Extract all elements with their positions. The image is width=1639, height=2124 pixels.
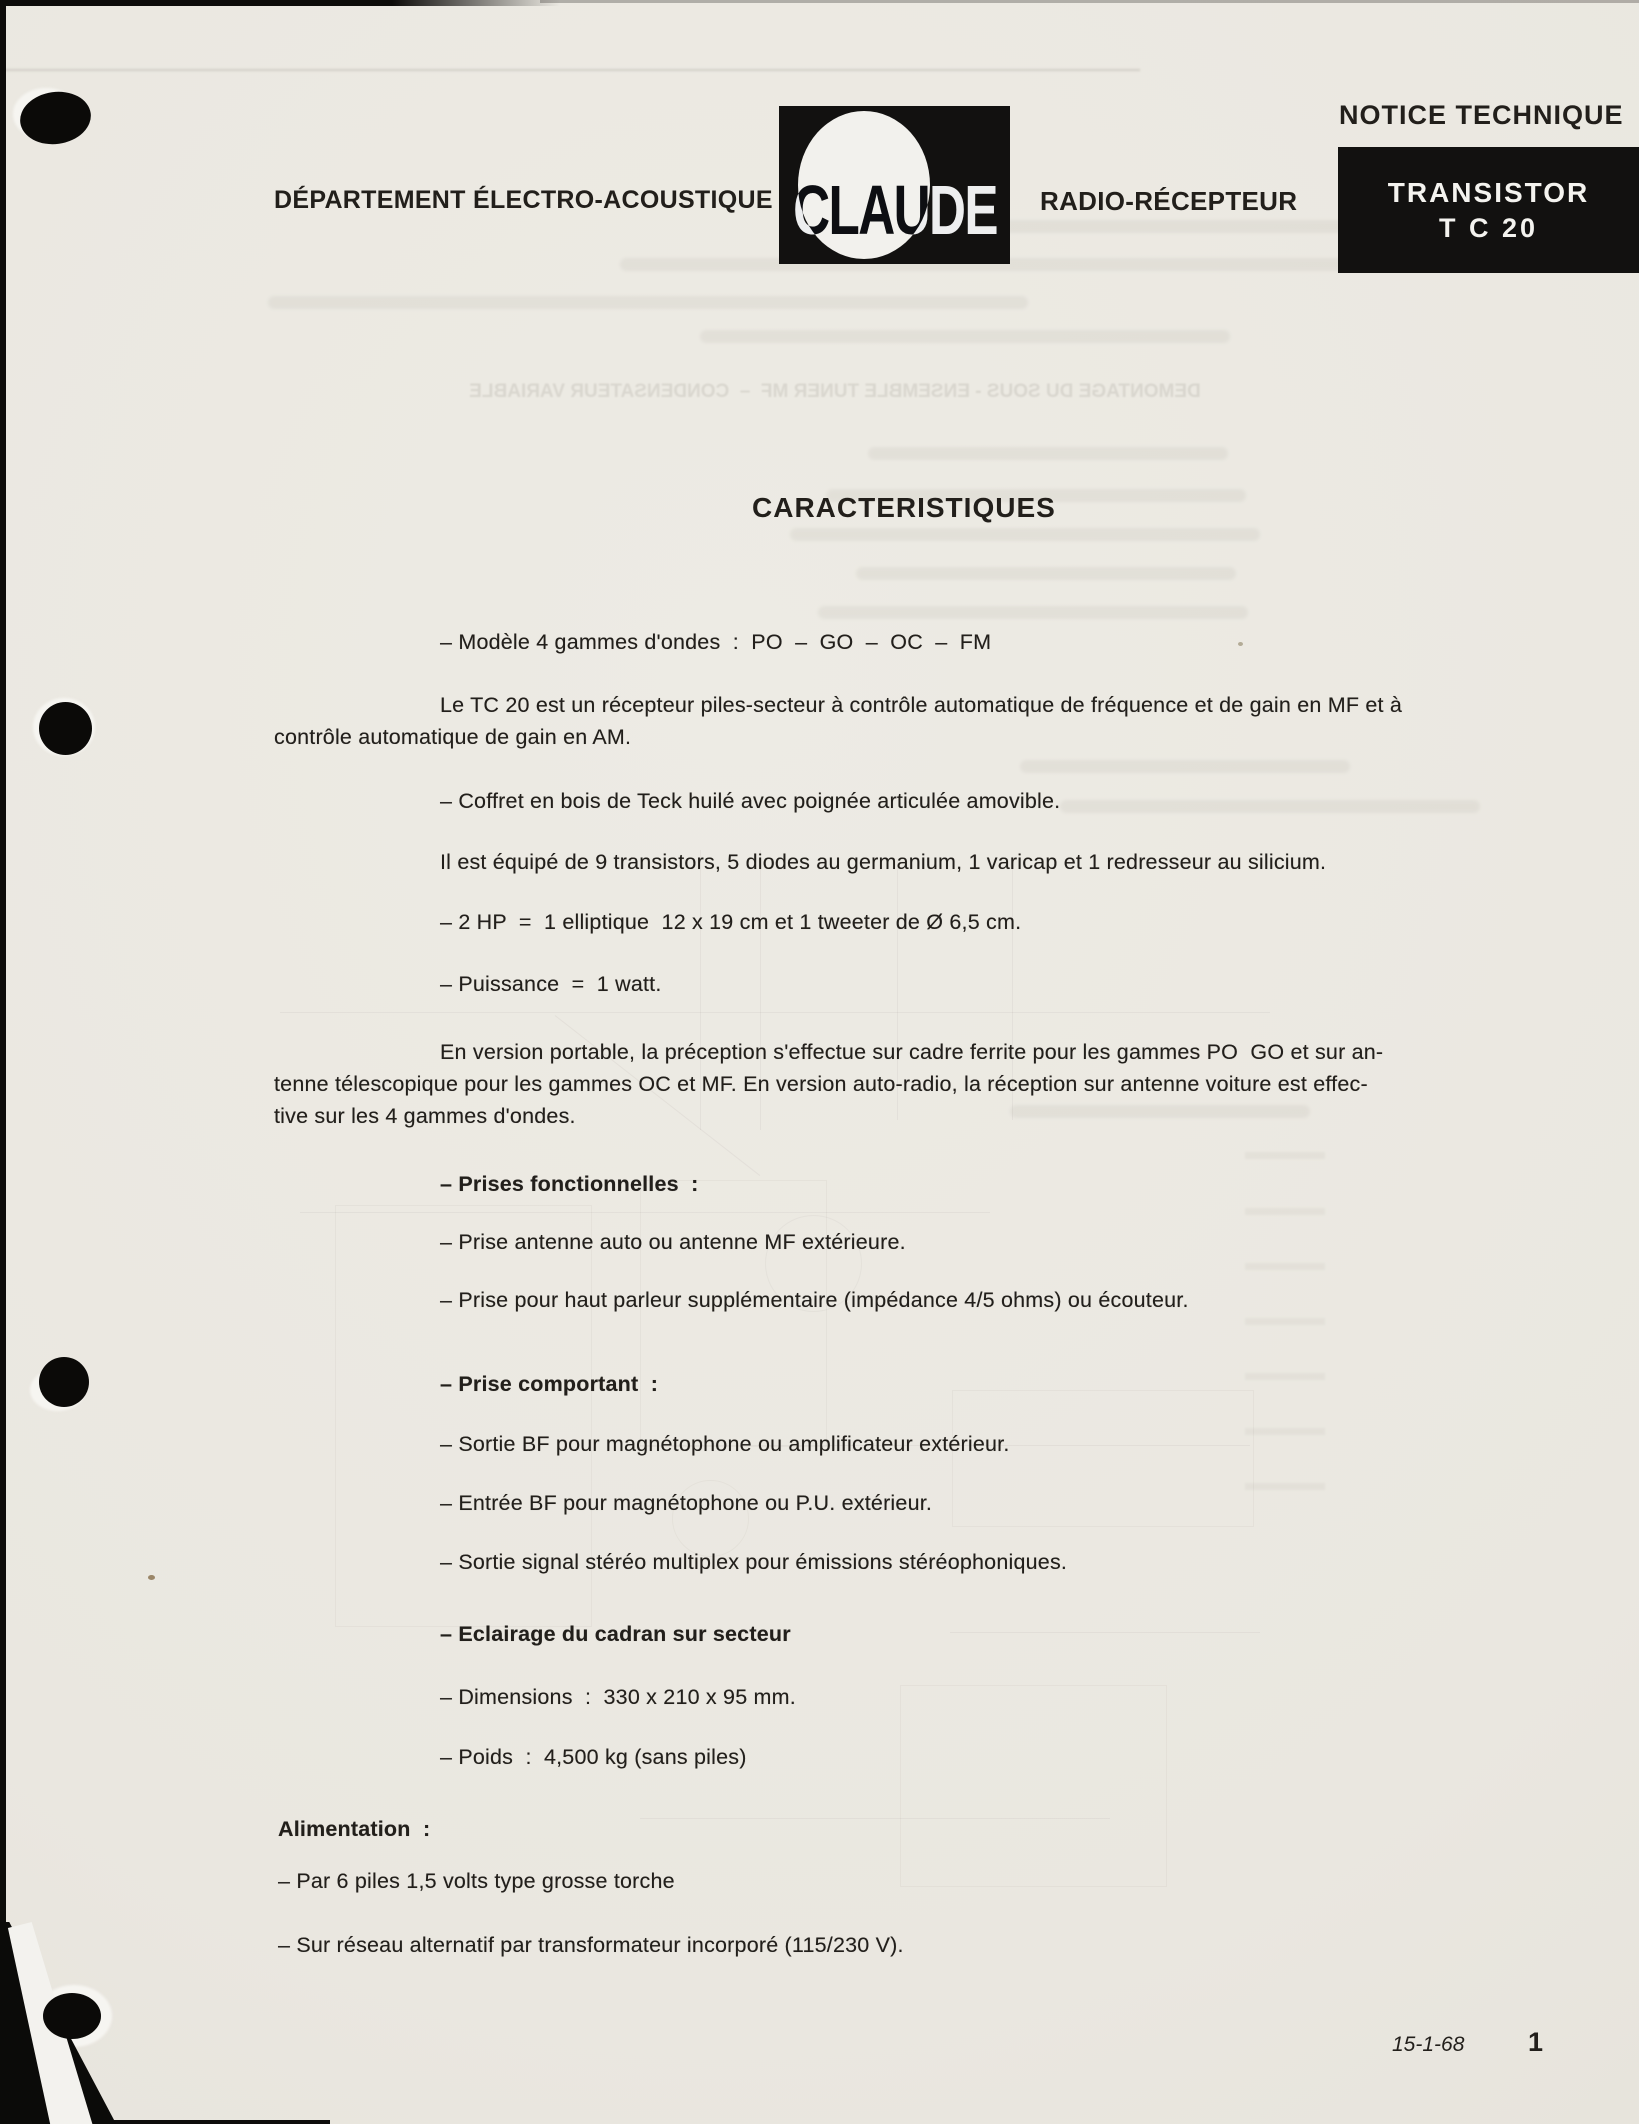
- bleed-through-label: [1245, 1263, 1325, 1270]
- scan-edge-top: [0, 0, 560, 6]
- punch-hole: [39, 1357, 89, 1407]
- bleed-through-schematic-line: [300, 1212, 990, 1213]
- heading-alimentation: Alimentation :: [278, 1817, 430, 1842]
- heading-prises-fonctionnelles: – Prises fonctionnelles :: [440, 1172, 699, 1197]
- spec-line-hp: – 2 HP = 1 elliptique 12 x 19 cm et 1 tw…: [440, 910, 1021, 935]
- paragraph-line: contrôle automatique de gain en AM.: [274, 725, 631, 750]
- model-box: TRANSISTOR T C 20: [1338, 147, 1639, 273]
- paper-crease: [0, 69, 1140, 71]
- model-name: TRANSISTOR: [1388, 177, 1590, 209]
- heading-eclairage: – Eclairage du cadran sur secteur: [440, 1622, 791, 1647]
- spec-line-puissance: – Puissance = 1 watt.: [440, 972, 662, 997]
- spec-line-sortie-bf: – Sortie BF pour magnétophone ou amplifi…: [440, 1432, 1010, 1457]
- bleed-through-label: [1245, 1373, 1325, 1380]
- punch-hole: [43, 1993, 101, 2039]
- bleed-through-line: [700, 330, 1230, 343]
- bleed-through-line: [790, 528, 1260, 541]
- bleed-through-line: [856, 567, 1236, 580]
- footer-date: 15-1-68: [1392, 2033, 1464, 2057]
- spec-line-secteur: – Sur réseau alternatif par transformate…: [278, 1933, 904, 1958]
- notice-technique-label: NOTICE TECHNIQUE: [1339, 100, 1629, 131]
- bleed-through-schematic-line: [640, 1818, 1110, 1819]
- spec-line-poids: – Poids : 4,500 kg (sans piles): [440, 1745, 747, 1770]
- heading-prise-comportant: – Prise comportant :: [440, 1372, 658, 1397]
- paper-speck: [148, 1575, 155, 1580]
- bleed-through-label: [1245, 1208, 1325, 1215]
- bleed-through-line: [1010, 1105, 1310, 1118]
- department-label: DÉPARTEMENT ÉLECTRO-ACOUSTIQUE: [274, 186, 773, 215]
- spec-line-prise-antenne: – Prise antenne auto ou antenne MF extér…: [440, 1230, 906, 1255]
- paragraph-line: Il est équipé de 9 transistors, 5 diodes…: [440, 850, 1326, 875]
- bleed-through-schematic-line: [280, 1012, 1270, 1013]
- bleed-through-line: [1020, 760, 1350, 773]
- paragraph-line: tenne télescopique pour les gammes OC et…: [274, 1072, 1368, 1097]
- bleed-through-line: [268, 296, 1028, 309]
- model-number: T C 20: [1439, 213, 1538, 244]
- scan-edge-left: [0, 0, 6, 2124]
- claude-logo-wordmark: CLAUDE: [793, 170, 997, 250]
- bleed-through-label: [1245, 1428, 1325, 1435]
- category-label: RADIO-RÉCEPTEUR: [1040, 186, 1297, 217]
- bleed-through-label: [1245, 1318, 1325, 1325]
- spec-line-prise-hp: – Prise pour haut parleur supplémentaire…: [440, 1288, 1189, 1313]
- bleed-through-schematic-box: [900, 1685, 1167, 1887]
- bleed-through-heading: DEMONTAGE DU SOUS - ENSEMBLE TUNER MF – …: [420, 381, 1250, 403]
- bleed-through-line: [818, 606, 1248, 619]
- bleed-through-label: [1245, 1152, 1325, 1159]
- footer-page-number: 1: [1528, 2027, 1543, 2058]
- spec-line-dimensions: – Dimensions : 330 x 210 x 95 mm.: [440, 1685, 796, 1710]
- spec-line-coffret: – Coffret en bois de Teck huilé avec poi…: [440, 789, 1060, 814]
- scanned-technical-notice-page: DEMONTAGE DU SOUS - ENSEMBLE TUNER MF – …: [0, 0, 1639, 2124]
- bleed-through-line: [868, 447, 1228, 460]
- punch-hole: [39, 702, 92, 755]
- paper-speck: [1238, 642, 1243, 646]
- bleed-through-label: [1245, 1483, 1325, 1490]
- paragraph-line: En version portable, la préception s'eff…: [440, 1040, 1383, 1065]
- spec-line-modele: – Modèle 4 gammes d'ondes : PO – GO – OC…: [440, 630, 991, 655]
- spec-line-piles: – Par 6 piles 1,5 volts type grosse torc…: [278, 1869, 675, 1894]
- scan-edge-top-faint: [540, 0, 1639, 3]
- claude-logo: CLAUDE: [779, 106, 1010, 264]
- page-title: CARACTERISTIQUES: [752, 492, 1056, 524]
- spec-line-entree-bf: – Entrée BF pour magnétophone ou P.U. ex…: [440, 1491, 932, 1516]
- paragraph-line: Le TC 20 est un récepteur piles-secteur …: [440, 693, 1402, 718]
- bleed-through-schematic-box: [952, 1390, 1254, 1527]
- bleed-through-line: [1060, 800, 1480, 813]
- spec-line-sortie-stereo: – Sortie signal stéréo multiplex pour ém…: [440, 1550, 1067, 1575]
- bleed-through-schematic-line: [950, 1632, 1260, 1633]
- paragraph-line: tive sur les 4 gammes d'ondes.: [274, 1104, 576, 1129]
